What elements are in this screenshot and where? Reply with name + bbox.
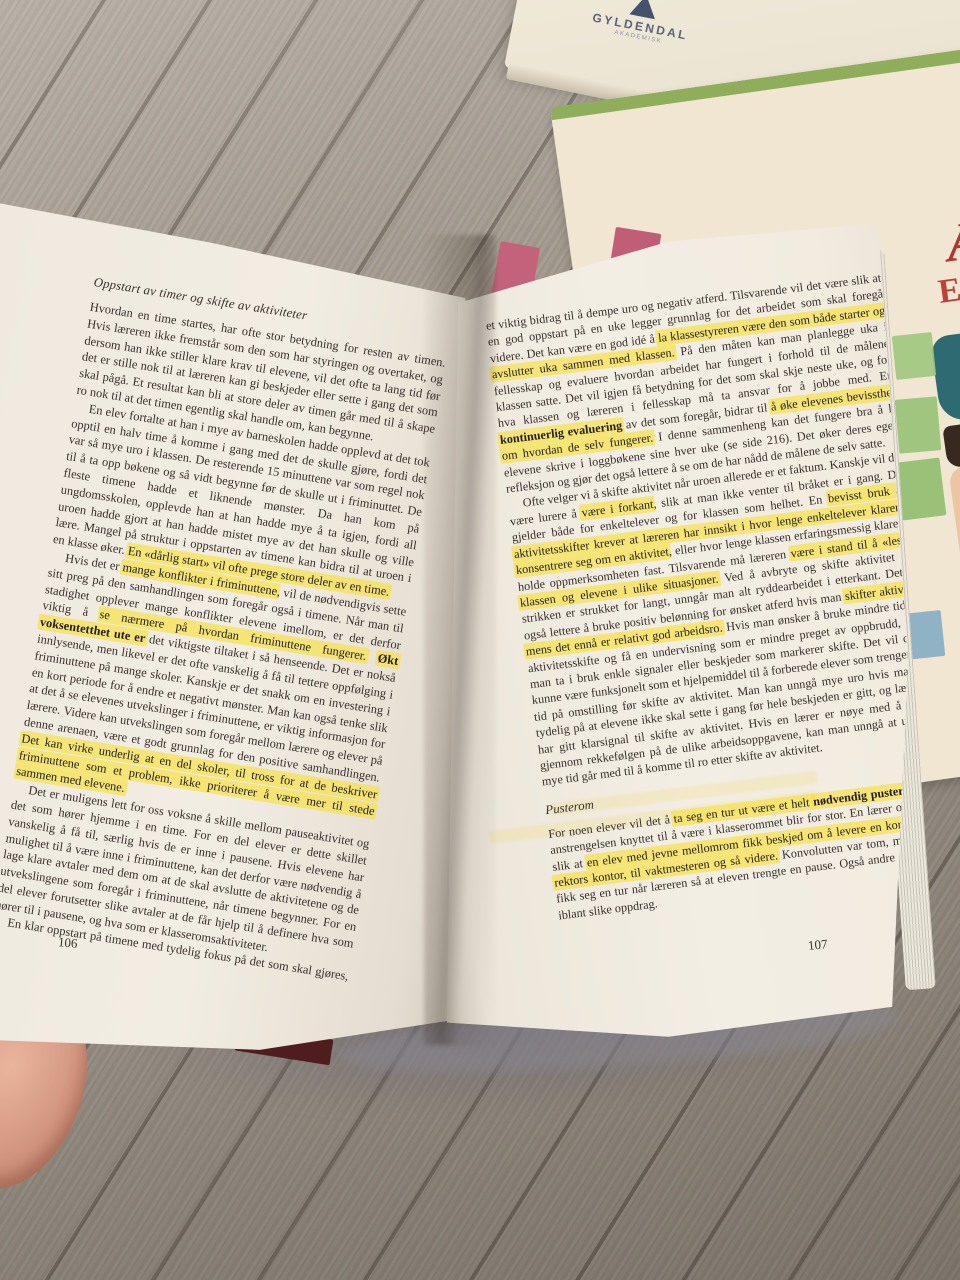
side-book-illustration bbox=[930, 326, 960, 716]
left-page-content: Oppstart av timer og skifte av aktivitet… bbox=[0, 275, 451, 1002]
book-page-right: et viktig bidrag til å dempe uro og nega… bbox=[430, 215, 960, 1045]
side-book-letter-ell: ELL bbox=[936, 266, 960, 310]
page-number-right: 107 bbox=[807, 936, 828, 954]
right-page-paragraphs-top: et viktig bidrag til å dempe uro og nega… bbox=[485, 269, 938, 790]
green-sticky-tab bbox=[892, 332, 936, 380]
green-sticky-tab bbox=[895, 396, 942, 453]
illustration-face-shape bbox=[948, 457, 960, 580]
left-page-paragraphs: Hvordan en time startes, har ofte stor b… bbox=[0, 299, 447, 1002]
book-page-left: Oppstart av timer og skifte av aktivitet… bbox=[0, 193, 472, 1055]
side-book-letter-ae: Æ bbox=[939, 210, 960, 271]
page-number-left: 106 bbox=[57, 934, 78, 952]
gyldendal-triangle-icon bbox=[629, 0, 659, 19]
illustration-hair-shape bbox=[942, 415, 960, 469]
gyldendal-logo: GYLDENDAL AKADEMISK bbox=[579, 0, 706, 52]
book-paragraph: Ofte velger vi å skifte aktivitet når ur… bbox=[507, 449, 938, 791]
green-sticky-tab bbox=[896, 458, 947, 521]
right-page-content: et viktig bidrag til å dempe uro og nega… bbox=[485, 269, 954, 923]
